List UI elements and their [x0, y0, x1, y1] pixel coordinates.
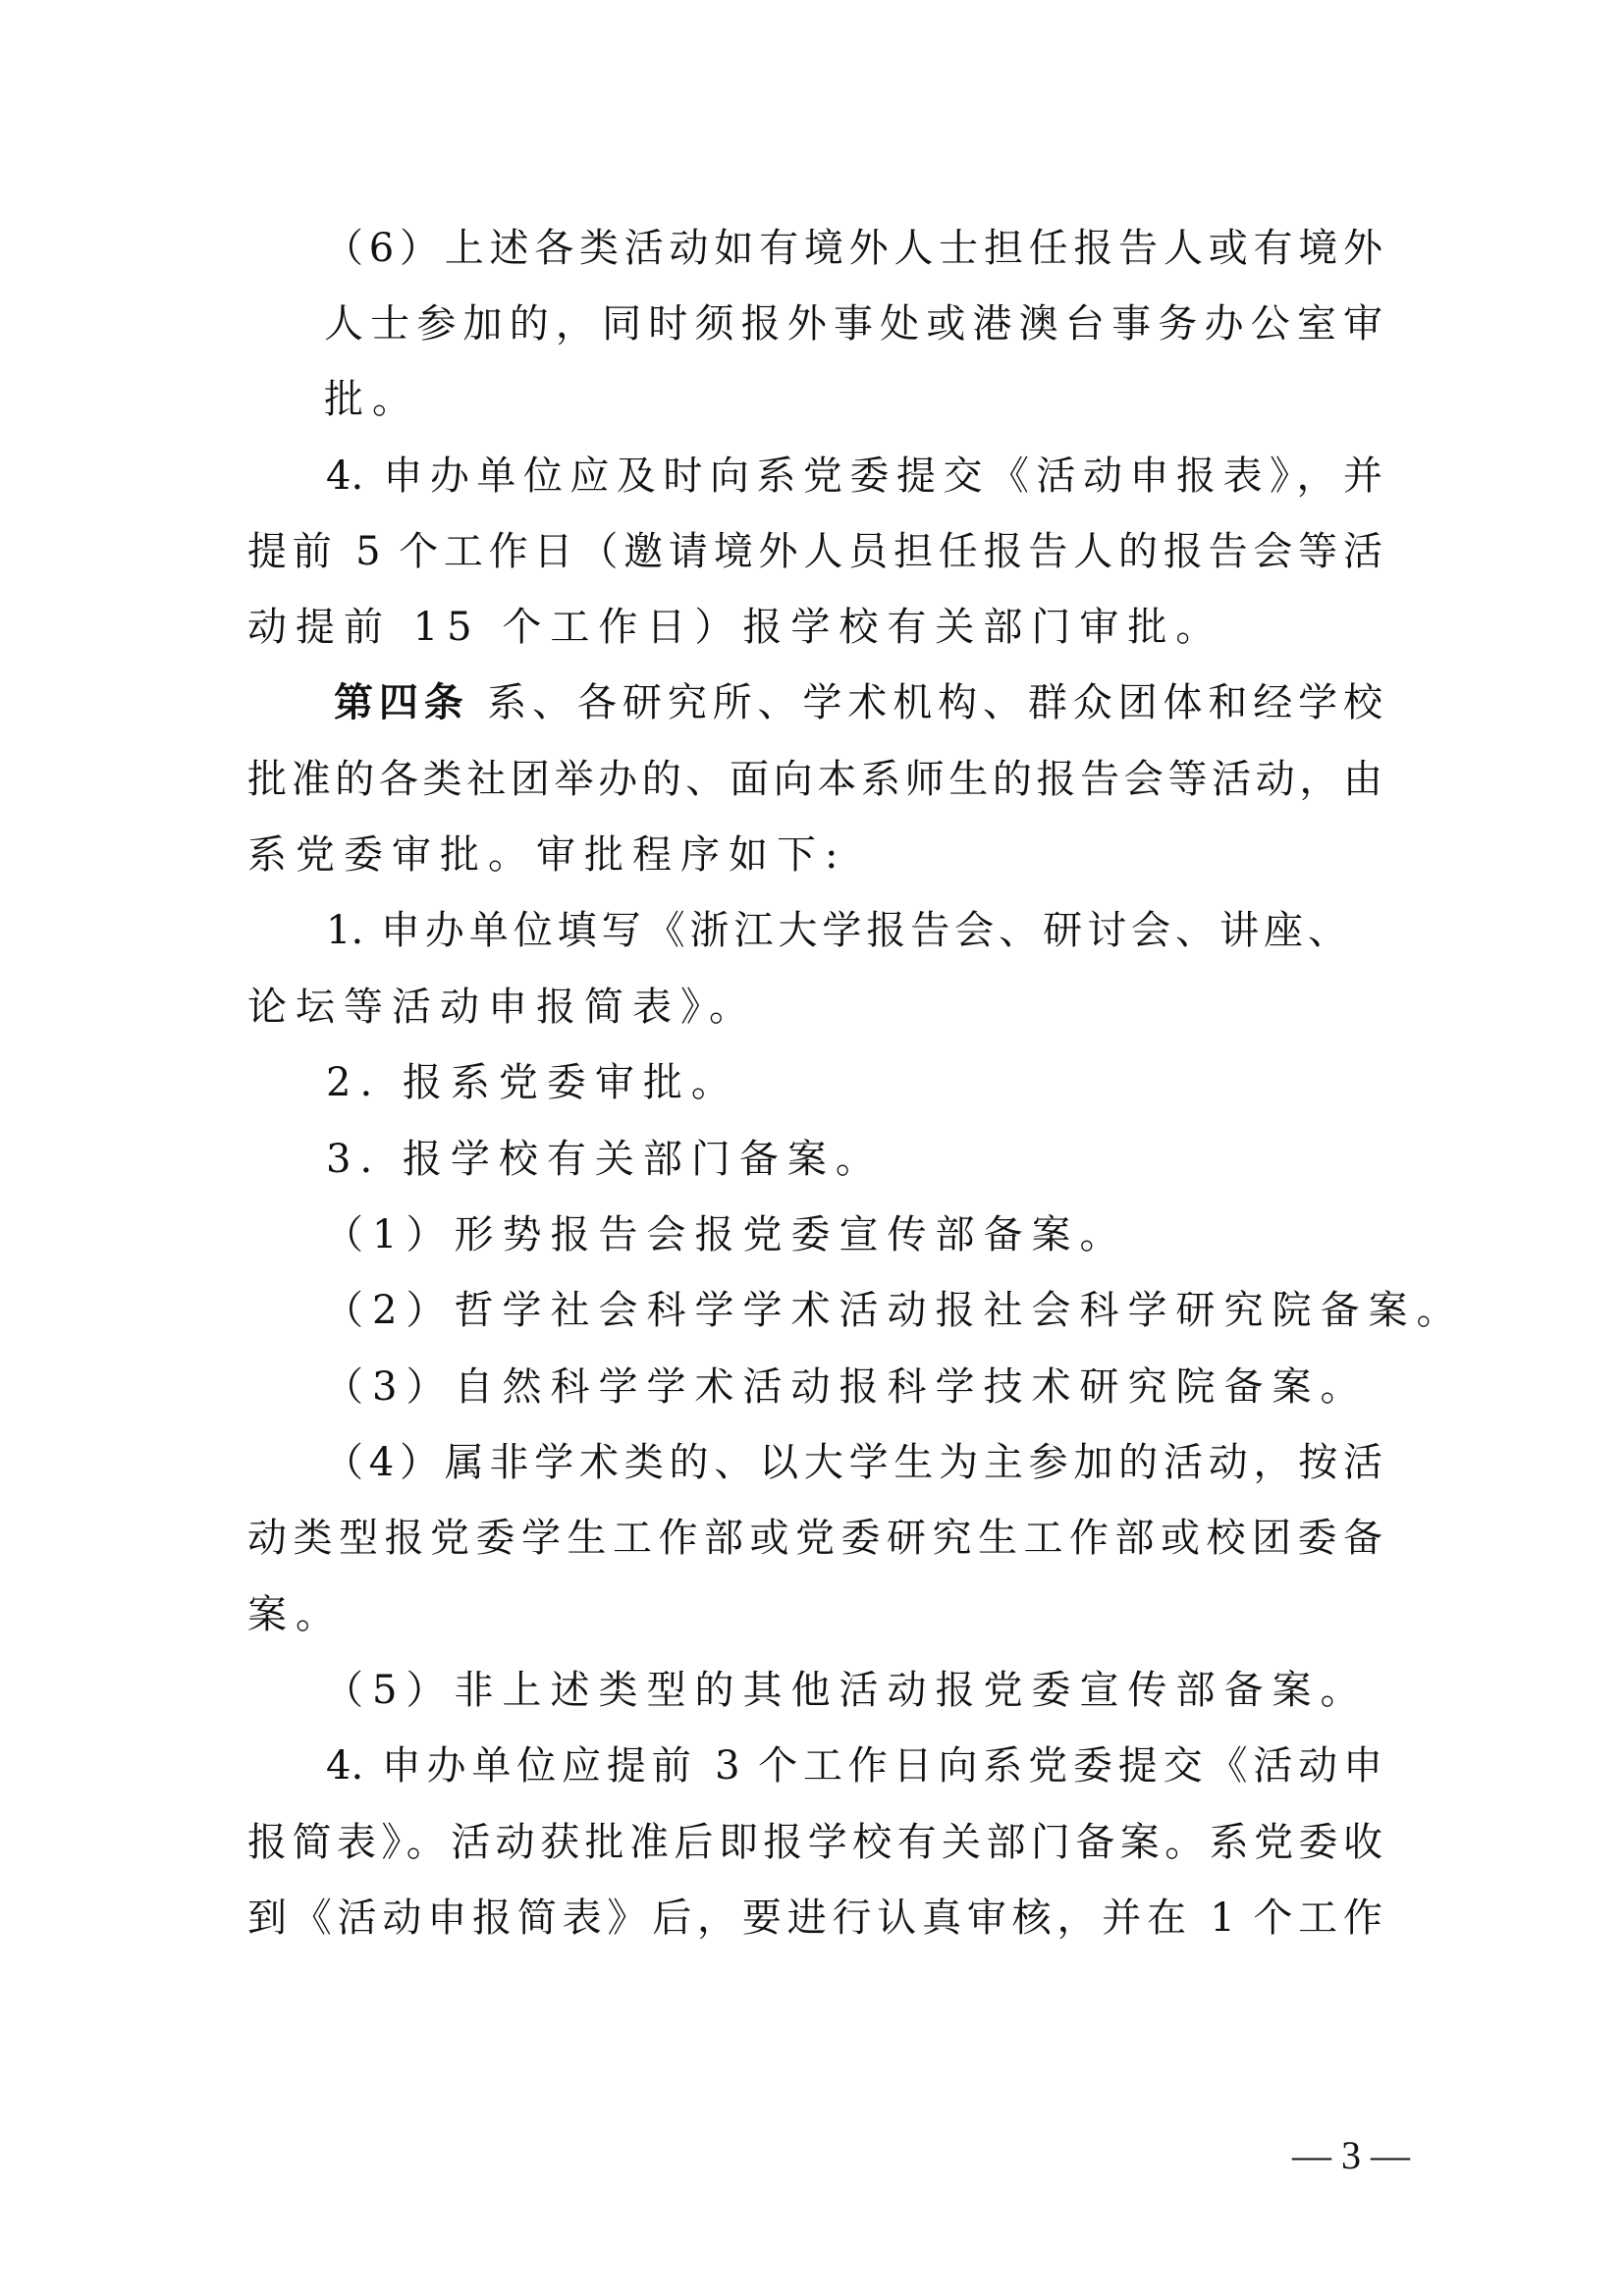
- article-text: 系、各研究所、学术机构、群众团体和经学校: [469, 680, 1382, 725]
- paragraph-line: （4）属非学术类的、以大学生为主参加的活动，按活: [324, 1439, 1382, 1486]
- paragraph-line: （3）自然科学学术活动报科学技术研究院备案。: [324, 1363, 1459, 1411]
- paragraph-line: 动类型报党委学生工作部或党委研究生工作部或校团委备: [247, 1515, 1382, 1562]
- paragraph-line: 动提前 15 个工作日）报学校有关部门审批。: [247, 604, 1382, 651]
- article-heading-line: 第四条 系、各研究所、学术机构、群众团体和经学校: [334, 679, 1382, 726]
- paragraph-line: 4. 申办单位应及时向系党委提交《活动申报表》，并: [326, 453, 1382, 500]
- paragraph-line: 论坛等活动申报简表》。: [247, 984, 1382, 1031]
- article-number: 第四条: [334, 680, 469, 725]
- page-number: — 3 —: [1292, 2132, 1410, 2179]
- paragraph-line: （5）非上述类型的其他活动报党委宣传部备案。: [324, 1667, 1459, 1714]
- paragraph-line: （2）哲学社会科学学术活动报社会科学研究院备案。: [324, 1287, 1459, 1334]
- paragraph-line: 报简表》。活动获批准后即报学校有关部门备案。系党委收: [247, 1819, 1382, 1866]
- paragraph-line: 案。: [247, 1591, 1382, 1638]
- paragraph-line: 批准的各类社团举办的、面向本系师生的报告会等活动，由: [247, 756, 1382, 803]
- paragraph-line: 提前 5 个工作日（邀请境外人员担任报告人的报告会等活: [247, 528, 1382, 575]
- paragraph-line: 批。: [324, 376, 1459, 423]
- paragraph-line: 1. 申办单位填写《浙江大学报告会、研讨会、讲座、: [326, 907, 1347, 954]
- paragraph-line: 4. 申办单位应提前 3 个工作日向系党委提交《活动申: [326, 1742, 1382, 1789]
- paragraph-line: （6）上述各类活动如有境外人士担任报告人或有境外: [324, 225, 1382, 272]
- paragraph-line: 人士参加的，同时须报外事处或港澳台事务办公室审: [324, 300, 1382, 347]
- paragraph-line: 2. 报系党委审批。: [326, 1059, 1461, 1106]
- paragraph-line: 3. 报学校有关部门备案。: [326, 1136, 1461, 1183]
- paragraph-line: 到《活动申报简表》后，要进行认真审核，并在 1 个工作: [247, 1895, 1382, 1942]
- paragraph-line: （1）形势报告会报党委宣传部备案。: [324, 1211, 1459, 1258]
- paragraph-line: 系党委审批。审批程序如下:: [247, 831, 1382, 879]
